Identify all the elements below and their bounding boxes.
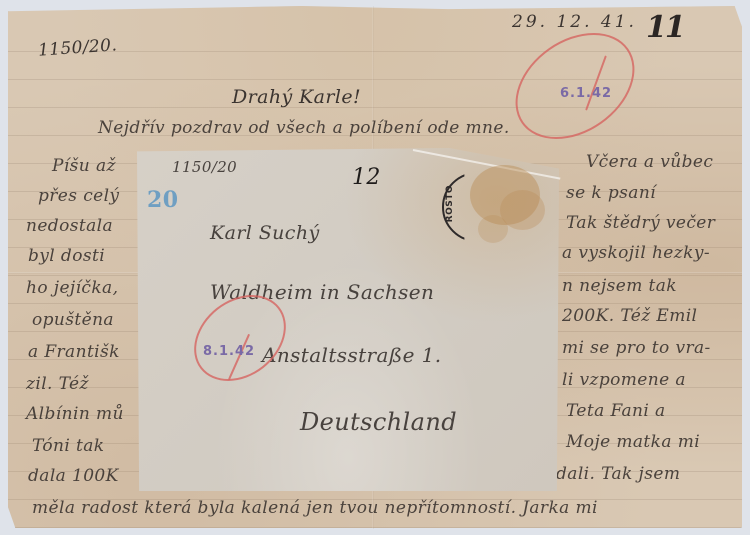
address-name: Karl Suchý	[210, 222, 320, 244]
letter-line: Albínin mů	[26, 404, 124, 424]
letter-line: li vzpomene a	[562, 370, 686, 390]
blue-pencil-mark: 20	[147, 187, 178, 213]
letter-line: Tak štědrý večer	[566, 213, 715, 233]
letter-line: byl dosti	[28, 246, 105, 266]
letter-line: měla radost která byla kalená jen tvou n…	[32, 498, 598, 518]
letter-line: Včera a vůbec	[586, 152, 713, 172]
letter-line: ho jejíčka,	[26, 278, 118, 298]
letter-line: Nejdřív pozdrav od všech a políbení ode …	[98, 118, 510, 138]
photo-scene: 1150/20. 29. 12. 41. 11 6.1.42 Drahý Kar…	[0, 0, 750, 535]
letter-line: mi se pro to vra-	[562, 338, 711, 358]
censor-stamp-date-envelope: 8.1.42	[203, 344, 255, 359]
letter-line: Teta Fani a	[566, 401, 666, 421]
letter-line: n nejsem tak	[562, 276, 677, 296]
letter-line: se k psaní	[566, 183, 656, 203]
letter-line: přes celý	[38, 186, 119, 206]
letter-page-number: 11	[646, 10, 684, 45]
censor-stamp-date-letter: 6.1.42	[560, 86, 612, 101]
address-country: Deutschland	[300, 408, 457, 436]
postmark-text: ROSTO	[445, 185, 455, 222]
letter-line: dala 100K	[28, 466, 119, 486]
letter-line: Píšu až	[52, 156, 116, 176]
letter-line: Tóni tak	[32, 436, 105, 456]
envelope-number: 12	[352, 165, 381, 190]
letter-line: nedostala	[26, 216, 113, 236]
letter-line: 200K. Též Emil	[562, 306, 697, 326]
envelope-reference-number: 1150/20	[172, 158, 237, 176]
letter-line: dali. Tak jsem	[556, 464, 680, 484]
letter-line: a Františk	[28, 342, 120, 362]
letter-salutation: Drahý Karle!	[232, 86, 361, 108]
foxing-stain	[478, 215, 508, 243]
letter-date: 29. 12. 41.	[512, 12, 637, 32]
letter-line: a vyskojil hezky-	[562, 243, 710, 263]
letter-line: opuštěna	[32, 310, 114, 330]
address-street: Anstaltsstraße 1.	[262, 343, 441, 367]
letter-line: Moje matka mi	[566, 432, 700, 452]
letter-line: zil. Též	[26, 374, 89, 394]
